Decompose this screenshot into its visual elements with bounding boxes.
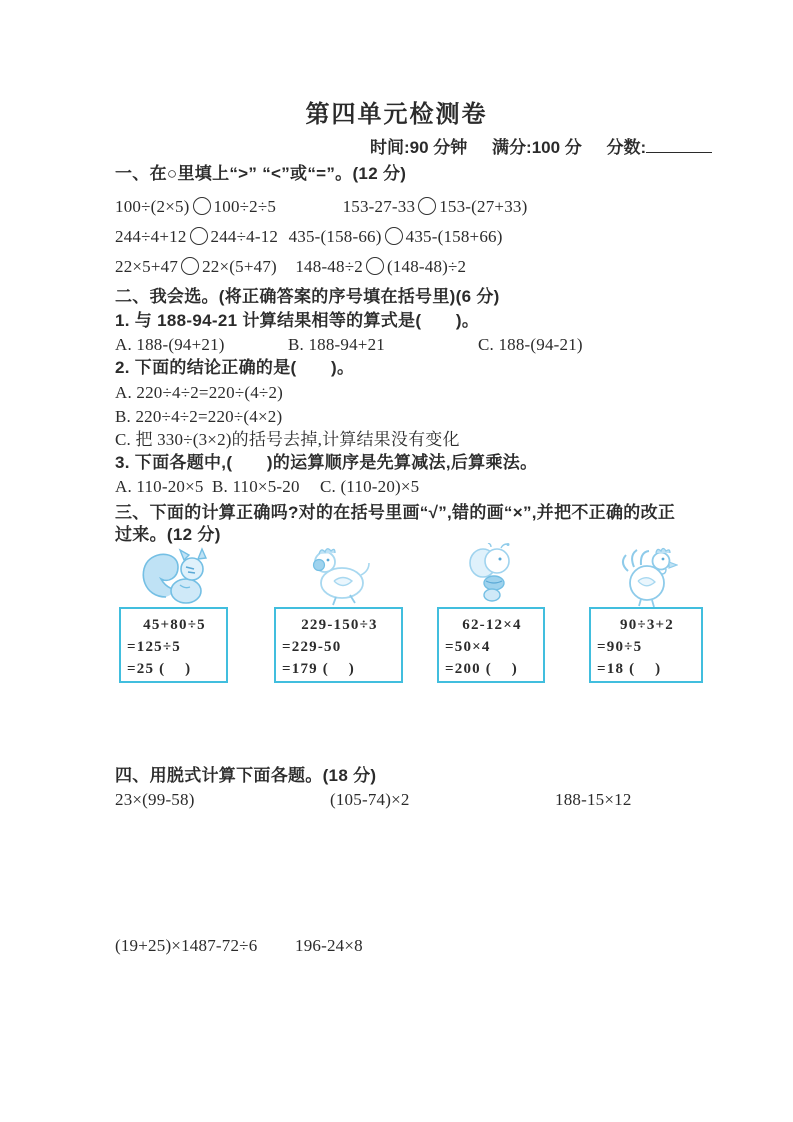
check-problem-1: 45+80÷5 =125÷5 =25 ( ) [119,540,228,683]
box-step1: =125÷5 [127,636,222,658]
expression-right: 22×(5+47) [202,257,277,276]
box-expression: 62-12×4 [445,614,539,636]
box-step2: =179 ( ) [282,658,397,680]
expression: (19+25)×1487-72÷6 [115,936,295,956]
expression: 188-15×12 [555,790,693,810]
box-expression: 45+80÷5 [127,614,222,636]
score-label: 分数: [607,138,647,157]
expression-right: 153-(27+33) [439,197,527,216]
section4-row2: (19+25)×1487-72÷6 196-24×8 [115,936,515,956]
question2-stem: 2. 下面的结论正确的是( )。 [115,358,354,378]
calc-box: 62-12×4 =50×4 =200 ( ) [437,607,545,683]
test-paper-page: 第四单元检测卷 时间:90 分钟 满分:100 分 分数: 一、在○里填上“>”… [0,0,793,1122]
expression-right: 435-(158+66) [406,227,503,246]
expression-left: 22×5+47 [115,257,178,276]
option-c: C. 188-(94-21) [478,335,693,355]
comparison-pair: 435-(158-66)435-(158+66) [289,227,503,246]
expression-right: 244÷4-12 [211,227,279,246]
calc-box: 90÷3+2 =90÷5 =18 ( ) [589,607,703,683]
expression: 23×(99-58) [115,790,330,810]
question3-stem: 3. 下面各题中,( )的运算顺序是先算减法,后算乘法。 [115,453,537,473]
option-b: B. 110×5-20 [212,477,320,497]
expression-right: (148-48)÷2 [387,257,466,276]
section4-row1: 23×(99-58) (105-74)×2 188-15×12 [115,790,693,810]
option-a: A. 110-20×5 [115,477,212,497]
option-b: B. 188-94+21 [288,335,478,355]
section2-heading: 二、我会选。(将正确答案的序号填在括号里)(6 分) [115,287,500,307]
option-c: C. (110-20)×5 [320,477,515,497]
question1-stem: 1. 与 188-94-21 计算结果相等的算式是( )。 [115,311,479,331]
calc-box: 229-150÷3 =229-50 =179 ( ) [274,607,403,683]
expression-left: 148-48÷2 [295,257,363,276]
comparison-circle [193,197,211,215]
comparison-pair: 22×5+4722×(5+47) [115,257,277,276]
question2-option-c: C. 把 330÷(3×2)的括号去掉,计算结果没有变化 [115,430,460,450]
question3-options: A. 110-20×5 B. 110×5-20 C. (110-20)×5 [115,477,515,497]
check-problem-2: 229-150÷3 =229-50 =179 ( ) [274,540,403,683]
expression-left: 100÷(2×5) [115,197,190,216]
comparison-row-2: 244÷4+12244÷4-12 435-(158-66)435-(158+66… [115,227,503,247]
check-problem-3: 62-12×4 =50×4 =200 ( ) [437,540,545,683]
squirrel-icon [119,540,228,607]
section1-heading: 一、在○里填上“>” “<”或“=”。(12 分) [115,164,406,184]
expression-left: 153-27-33 [343,197,416,216]
bee-icon [437,540,545,607]
chicken-icon [274,540,403,607]
box-expression: 90÷3+2 [597,614,697,636]
question2-option-b: B. 220÷4÷2=220÷(4×2) [115,407,282,427]
comparison-pair: 244÷4+12244÷4-12 [115,227,278,246]
comparison-circle [190,227,208,245]
check-problem-4: 90÷3+2 =90÷5 =18 ( ) [589,540,703,683]
expression: (105-74)×2 [330,790,555,810]
comparison-pair: 153-27-33153-(27+33) [343,197,528,216]
expression-left: 244÷4+12 [115,227,187,246]
section3-heading-line1: 三、下面的计算正确吗?对的在括号里画“√”,错的画“×”,并把不正确的改正 [115,503,675,523]
comparison-circle [418,197,436,215]
expression: 196-24×8 [295,936,515,956]
score-blank [646,138,712,153]
hen-icon [589,540,703,607]
comparison-circle [366,257,384,275]
box-step1: =50×4 [445,636,539,658]
page-title: 第四单元检测卷 [0,94,793,129]
question1-options: A. 188-(94+21) B. 188-94+21 C. 188-(94-2… [115,335,693,355]
section4-heading: 四、用脱式计算下面各题。(18 分) [115,766,376,786]
comparison-row-1: 100÷(2×5)100÷2÷5 153-27-33153-(27+33) [115,197,527,217]
comparison-row-3: 22×5+4722×(5+47) 148-48÷2(148-48)÷2 [115,257,466,277]
comparison-pair: 148-48÷2(148-48)÷2 [295,257,466,276]
comparison-circle [385,227,403,245]
exam-info-line: 时间:90 分钟 满分:100 分 分数: [370,133,712,158]
box-step2: =18 ( ) [597,658,697,680]
box-expression: 229-150÷3 [282,614,397,636]
box-step2: =200 ( ) [445,658,539,680]
option-a: A. 188-(94+21) [115,335,288,355]
box-step2: =25 ( ) [127,658,222,680]
comparison-pair: 100÷(2×5)100÷2÷5 [115,197,276,216]
box-step1: =90÷5 [597,636,697,658]
comparison-circle [181,257,199,275]
expression-right: 100÷2÷5 [214,197,277,216]
full-score-label: 满分:100 分 [492,138,582,157]
calc-box: 45+80÷5 =125÷5 =25 ( ) [119,607,228,683]
box-step1: =229-50 [282,636,397,658]
question2-option-a: A. 220÷4÷2=220÷(4÷2) [115,383,283,403]
expression-left: 435-(158-66) [289,227,382,246]
time-label: 时间:90 分钟 [370,138,467,157]
